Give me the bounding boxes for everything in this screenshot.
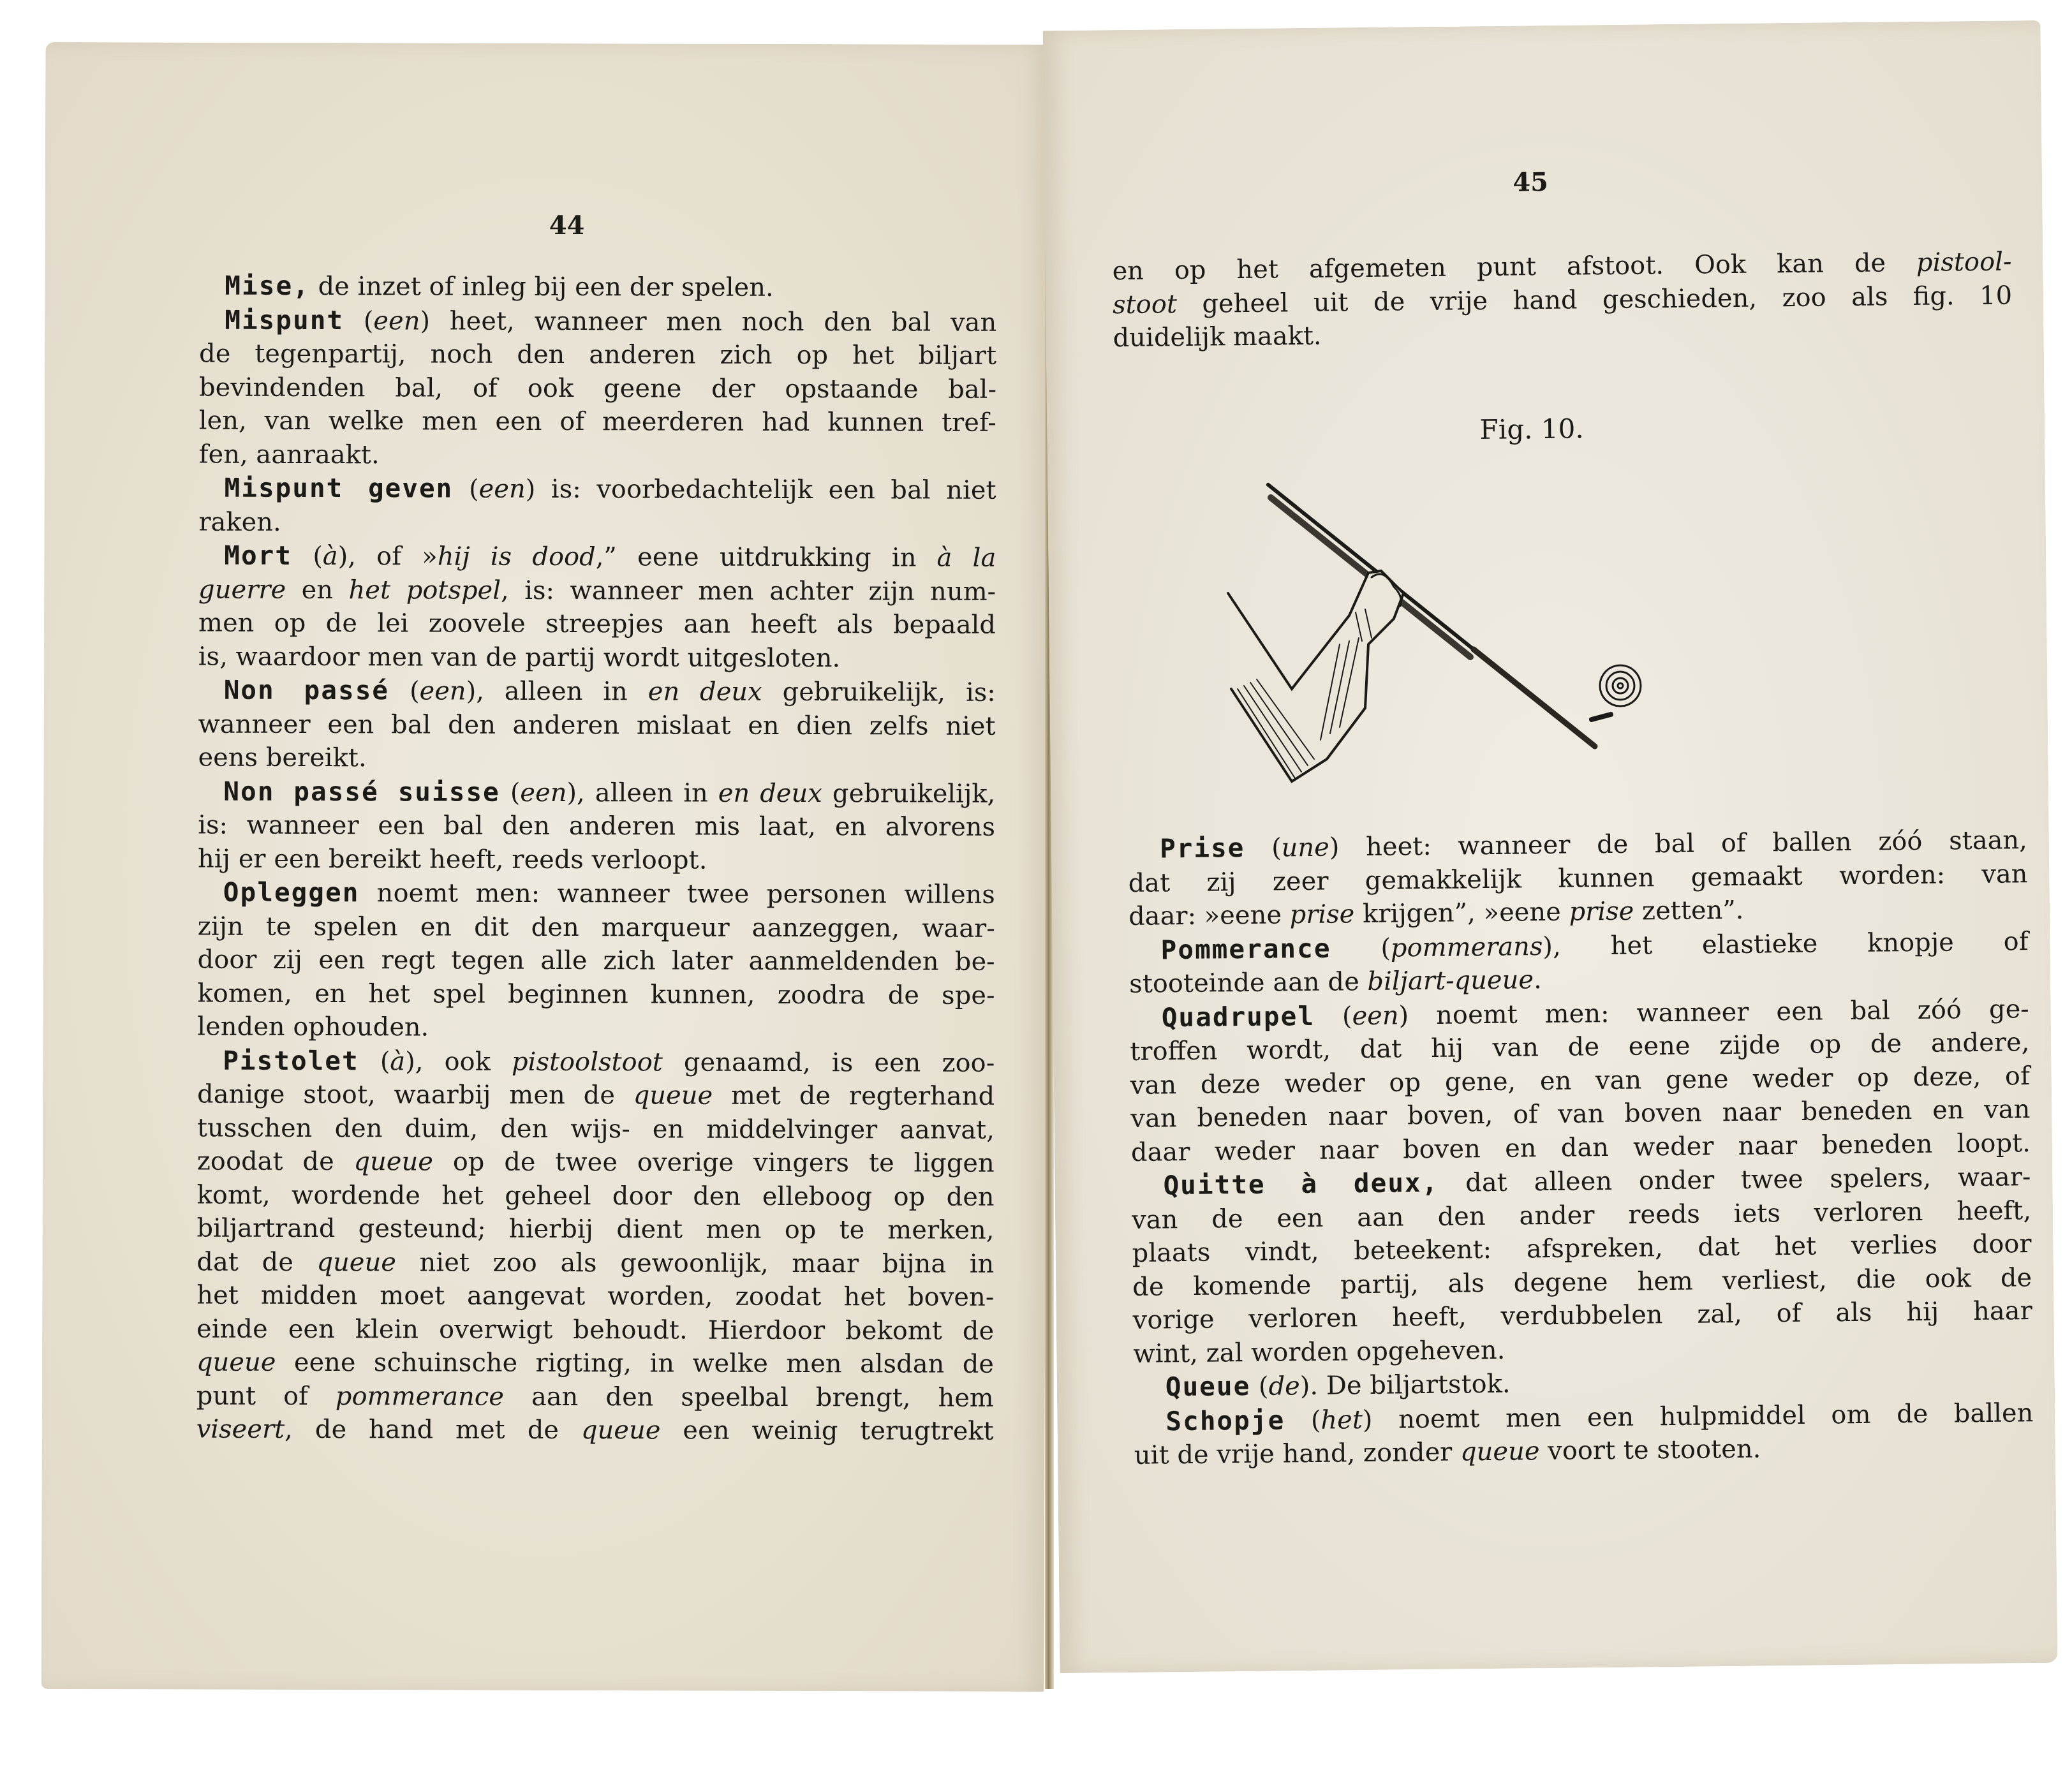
text-run: ). De biljartstok. bbox=[1300, 1370, 1511, 1401]
text-run: ), alleen in bbox=[566, 778, 718, 808]
entry-headword: Quitte à deux, bbox=[1163, 1167, 1439, 1201]
text-run: wint, zal worden opgeheven. bbox=[1133, 1335, 1506, 1368]
italic-term: queue bbox=[633, 1081, 713, 1110]
right-page-intro-text: en op het afgemeten punt afstoot. Ook ka… bbox=[1112, 245, 2013, 355]
text-run: stooteinde aan de bbox=[1129, 967, 1368, 999]
italic-term: guerre bbox=[198, 575, 286, 604]
italic-term: de bbox=[1268, 1371, 1300, 1401]
text-run: ( bbox=[292, 542, 323, 571]
entry-headword: Queue bbox=[1165, 1371, 1251, 1402]
entry-headword-line: Mispunt geven (een) is: voorbedachtelijk… bbox=[198, 471, 996, 508]
text-line: len, van welke men een of meerderen had … bbox=[199, 404, 996, 440]
entry-headword-line: Mise, de inzet of inleg bij een der spel… bbox=[199, 269, 996, 306]
text-run: bevindenden bal, of ook geene der opstaa… bbox=[199, 373, 996, 404]
entry-headword: Opleggen bbox=[223, 877, 360, 908]
text-run: ( bbox=[453, 475, 478, 504]
italic-term: à la bbox=[937, 543, 996, 573]
italic-term: queue bbox=[316, 1248, 396, 1277]
text-run: danige stoot, waarbij men de bbox=[197, 1080, 633, 1111]
text-run: ), of » bbox=[338, 542, 438, 571]
text-run: punt of bbox=[196, 1381, 336, 1411]
entry-headword: Mispunt bbox=[225, 304, 344, 335]
italic-term: hij is dood bbox=[438, 542, 596, 572]
entry-headword-line: Non passé (een), alleen in en deux gebru… bbox=[198, 674, 996, 710]
text-run: het midden moet aangevat worden, zoodat … bbox=[196, 1281, 994, 1312]
italic-term: une bbox=[1281, 833, 1329, 863]
right-page-text: Prise (une) heet: wanneer de bal of ball… bbox=[1128, 823, 2034, 1472]
right-page: 45 en op het afgemeten punt afstoot. Ook… bbox=[1043, 20, 2058, 1673]
text-line: viseert, de hand met de queue een weinig… bbox=[196, 1413, 994, 1449]
text-run: ( bbox=[1315, 1001, 1352, 1031]
italic-term: het potspel bbox=[349, 575, 501, 605]
italic-term: à bbox=[323, 542, 338, 571]
text-run: voort te stooten. bbox=[1539, 1435, 1761, 1466]
text-line: is: wanneer een bal den anderen mis laat… bbox=[198, 809, 995, 845]
left-page: 44 Mise, de inzet of inleg bij een der s… bbox=[41, 42, 1049, 1692]
text-run: ( bbox=[344, 306, 373, 336]
text-run: raken. bbox=[198, 507, 281, 536]
italic-term: pistool- bbox=[1916, 247, 2012, 277]
text-run: genaamd, is een zoo- bbox=[663, 1047, 995, 1077]
text-run: eens bereikt. bbox=[198, 743, 366, 773]
figure-caption: Fig. 10. bbox=[1404, 412, 1659, 446]
text-run: zetten”. bbox=[1634, 896, 1744, 926]
text-line: tusschen den duim, den wijs- en middelvi… bbox=[197, 1111, 995, 1147]
text-line: men op de lei zoovele streepjes aan heef… bbox=[198, 607, 996, 642]
text-run: gebruikelijk, is: bbox=[762, 677, 996, 707]
text-run: wanneer een bal den anderen mislaat en d… bbox=[198, 709, 996, 741]
italic-term: queue bbox=[196, 1348, 276, 1377]
text-run: zijn te spelen en dit den marqueur aanze… bbox=[198, 912, 995, 943]
text-run: , de hand met de bbox=[285, 1415, 581, 1445]
text-run: einde een klein overwigt behoudt. Hierdo… bbox=[196, 1314, 994, 1345]
entry-headword: Pommerance bbox=[1160, 933, 1331, 965]
text-run: ( bbox=[389, 676, 420, 705]
italic-term: queue bbox=[353, 1147, 433, 1176]
entry-headword-line: Pistolet (à), ook pistoolstoot genaamd, … bbox=[197, 1044, 995, 1080]
text-run: ), ook bbox=[405, 1047, 512, 1076]
italic-term: prise bbox=[1569, 897, 1634, 927]
text-line: fen, aanraakt. bbox=[199, 438, 996, 473]
text-run: noemt men: wanneer twee personen willens bbox=[359, 878, 995, 910]
text-run: en bbox=[286, 575, 349, 604]
text-run: hij er een bereikt heeft, reeds verloopt… bbox=[198, 844, 707, 875]
text-run: en op het afgemeten punt afstoot. Ook ka… bbox=[1112, 248, 1916, 286]
entry-headword: Mort bbox=[224, 540, 292, 571]
text-run: krijgen”, »eene bbox=[1354, 897, 1569, 929]
italic-term: een bbox=[520, 778, 566, 807]
text-line: danige stoot, waarbij men de queue met d… bbox=[197, 1078, 995, 1114]
text-run: ), het elastieke knopje of bbox=[1543, 927, 2029, 961]
italic-term: pommerans bbox=[1391, 932, 1543, 963]
text-run: door zij een regt tegen alle zich later … bbox=[198, 945, 995, 977]
entry-headword-line: Mort (à), of »hij is dood,” eene uitdruk… bbox=[198, 539, 996, 575]
entry-headword: Quadrupel bbox=[1162, 1000, 1315, 1033]
italic-term: pistoolstoot bbox=[512, 1047, 663, 1077]
entry-headword-line: Opleggen noemt men: wanneer twee persone… bbox=[198, 876, 995, 912]
text-run: fen, aanraakt. bbox=[199, 439, 380, 469]
italic-term: queue bbox=[1460, 1436, 1540, 1466]
text-line: guerre en het potspel, is: wanneer men a… bbox=[198, 573, 996, 609]
text-line: lenden ophouden. bbox=[197, 1010, 995, 1046]
text-run: len, van welke men een of meerderen had … bbox=[199, 406, 996, 438]
text-run: op de twee overige vingers te liggen bbox=[433, 1148, 995, 1178]
entry-headword-line: Mispunt (een) heet, wanneer men noch den… bbox=[199, 303, 996, 339]
italic-term: een bbox=[479, 475, 526, 504]
italic-term: een bbox=[1352, 1001, 1399, 1031]
text-run: de tegenpartij, noch den anderen zich op… bbox=[199, 339, 996, 371]
text-line: wanneer een bal den anderen mislaat en d… bbox=[198, 707, 996, 743]
text-run: komen, en het spel beginnen kunnen, zood… bbox=[197, 979, 995, 1010]
text-line: zoodat de queue op de twee overige vinge… bbox=[197, 1145, 995, 1181]
text-line: door zij een regt tegen alle zich later … bbox=[198, 943, 995, 979]
text-run: men op de lei zoovele streepjes aan heef… bbox=[198, 609, 996, 640]
italic-term: en deux bbox=[718, 778, 822, 808]
text-run: . bbox=[1534, 965, 1542, 994]
text-run: ) heet: wanneer de bal of ballen zóó sta… bbox=[1329, 825, 2028, 862]
text-line: einde een klein overwigt behoudt. Hierdo… bbox=[196, 1312, 994, 1348]
left-page-text: Mise, de inzet of inleg bij een der spel… bbox=[196, 269, 997, 1449]
text-run: ) noemt men een hulpmiddel om de ballen bbox=[1363, 1398, 2034, 1435]
text-run: dat alleen onder twee spelers, waar- bbox=[1439, 1162, 2031, 1198]
text-run: duidelijk maakt. bbox=[1113, 321, 1321, 353]
text-run: is: wanneer een bal den anderen mis laat… bbox=[198, 811, 995, 842]
entry-headword: Mise, bbox=[225, 270, 310, 301]
italic-term: stoot bbox=[1113, 290, 1177, 320]
text-line: bevindenden bal, of ook geene der opstaa… bbox=[199, 371, 996, 406]
text-line: komen, en het spel beginnen kunnen, zood… bbox=[197, 977, 995, 1012]
italic-term: het bbox=[1321, 1405, 1363, 1435]
text-run: lenden ophouden. bbox=[197, 1012, 429, 1042]
text-run: gebruikelijk, bbox=[822, 779, 996, 809]
text-run: is, waardoor men van de partij wordt uit… bbox=[198, 642, 840, 673]
text-run: ( bbox=[359, 1047, 390, 1076]
text-line: punt of pommerance aan den speelbal bren… bbox=[196, 1379, 994, 1415]
text-run: ( bbox=[1331, 933, 1391, 963]
italic-term: prise bbox=[1289, 899, 1354, 929]
text-run: dat de bbox=[196, 1247, 316, 1276]
page-number: 45 bbox=[1467, 166, 1594, 198]
text-run: zoodat de bbox=[197, 1147, 354, 1177]
text-run: een weinig terugtrekt bbox=[660, 1415, 993, 1445]
text-line: is, waardoor men van de partij wordt uit… bbox=[198, 640, 996, 676]
text-run: ) noemt men: wanneer een bal zóó ge- bbox=[1398, 994, 2029, 1030]
italic-term: een bbox=[420, 676, 466, 705]
text-line: queue eene schuinsche rigting, in welke … bbox=[196, 1346, 994, 1382]
entry-headword-line: Non passé suisse (een), alleen in en deu… bbox=[198, 774, 995, 811]
italic-term: viseert bbox=[196, 1415, 285, 1444]
text-run: met de regterhand bbox=[713, 1081, 995, 1111]
entry-headword: Mispunt geven bbox=[224, 473, 453, 504]
text-run: de inzet of inleg bij een der spelen. bbox=[310, 272, 774, 302]
text-run: ) is: voorbedachtelijk een bal niet bbox=[526, 475, 996, 505]
text-run: daar: »eene bbox=[1128, 900, 1290, 931]
italic-term: à bbox=[390, 1047, 405, 1076]
text-run: ( bbox=[1245, 833, 1282, 863]
italic-term: biljart-queue bbox=[1367, 965, 1534, 996]
text-run: eene schuinsche rigting, in welke men al… bbox=[276, 1348, 994, 1379]
text-run: biljartrand gesteund; hierbij dient men … bbox=[196, 1214, 994, 1245]
text-line: de tegenpartij, noch den anderen zich op… bbox=[199, 337, 996, 373]
italic-term: een bbox=[373, 306, 420, 336]
italic-term: en deux bbox=[648, 677, 762, 706]
text-run: uit de vrije hand, zonder bbox=[1134, 1438, 1461, 1470]
page-number: 44 bbox=[503, 210, 631, 241]
text-line: komt, wordende het geheel door den elleb… bbox=[197, 1178, 995, 1214]
italic-term: queue bbox=[581, 1415, 661, 1445]
text-run: aan den speelbal brengt, hem bbox=[504, 1382, 994, 1412]
text-run: dat zij zeer gemakkelijk kunnen gemaakt … bbox=[1128, 859, 2027, 898]
text-run: ( bbox=[1250, 1372, 1269, 1401]
text-line: eens bereikt. bbox=[198, 741, 995, 777]
text-run: vorige verloren heeft, verdubbelen zal, … bbox=[1132, 1296, 2032, 1335]
entry-headword: Non passé bbox=[224, 675, 389, 706]
text-run: ( bbox=[500, 778, 521, 807]
text-line: biljartrand gesteund; hierbij dient men … bbox=[196, 1212, 994, 1248]
text-run: ( bbox=[1285, 1405, 1321, 1435]
text-run: , is: wanneer men achter zijn num- bbox=[501, 575, 996, 606]
text-run: komt, wordende het geheel door den elleb… bbox=[197, 1180, 995, 1211]
entry-headword: Pistolet bbox=[223, 1045, 359, 1076]
entry-headword: Prise bbox=[1160, 832, 1245, 864]
text-line: dat de queue niet zoo als gewoonlijk, ma… bbox=[196, 1245, 994, 1281]
entry-headword: Non passé suisse bbox=[223, 776, 500, 807]
text-run: ,” eene uitdrukking in bbox=[596, 542, 937, 572]
entry-headword: Schopje bbox=[1165, 1405, 1285, 1436]
text-run: ), alleen in bbox=[466, 677, 648, 707]
text-run: ) heet, wanneer men noch den bal van bbox=[420, 306, 996, 337]
text-line: zijn te spelen en dit den marqueur aanze… bbox=[198, 910, 995, 945]
text-line: het midden moet aangevat worden, zoodat … bbox=[196, 1279, 994, 1315]
text-line: raken. bbox=[198, 505, 996, 541]
text-run: tusschen den duim, den wijs- en middelvi… bbox=[197, 1113, 995, 1144]
text-line: hij er een bereikt heeft, reeds verloopt… bbox=[198, 842, 995, 878]
text-run: niet zoo als gewoonlijk, maar bijna in bbox=[396, 1248, 995, 1278]
text-run: geheel uit de vrije hand geschieden, zoo… bbox=[1177, 281, 2013, 319]
billiard-cue-hand-illustration bbox=[1212, 459, 1914, 810]
italic-term: pommerance bbox=[336, 1382, 504, 1412]
